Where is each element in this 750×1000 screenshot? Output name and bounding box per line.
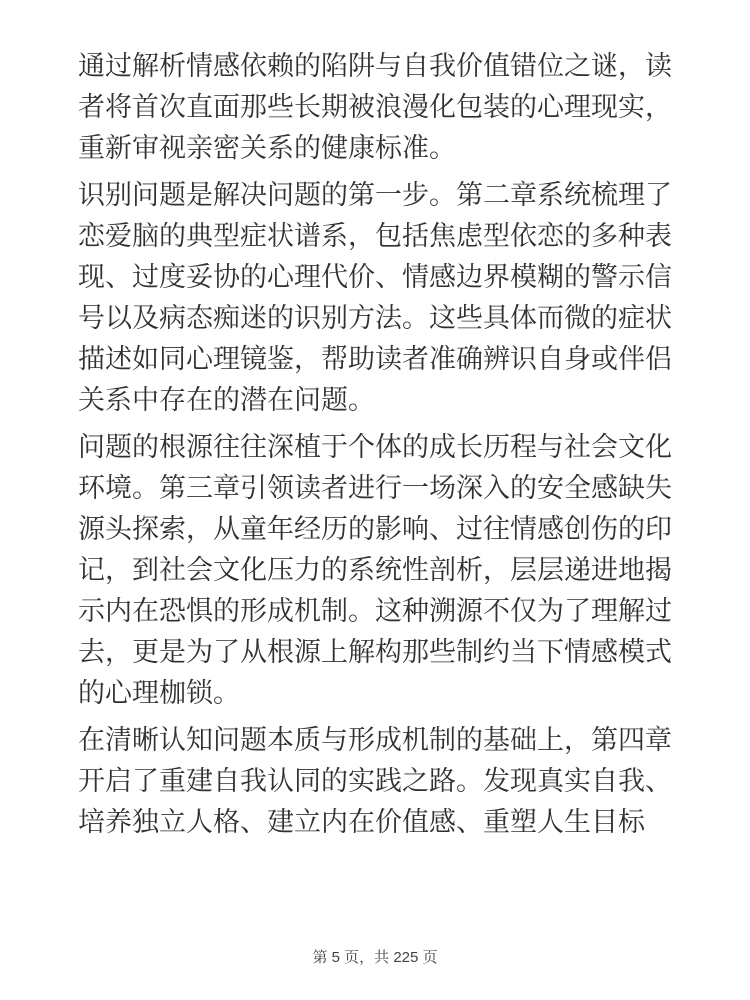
paragraph-3: 问题的根源往往深植于个体的成长历程与社会文化环境。第三章引领读者进行一场深入的安…	[78, 427, 674, 714]
paragraph-4: 在清晰认知问题本质与形成机制的基础上，第四章开启了重建自我认同的实践之路。发现真…	[78, 720, 674, 843]
paragraph-1: 通过解析情感依赖的陷阱与自我价值错位之谜，读者将首次直面那些长期被浪漫化包装的心…	[78, 46, 674, 169]
paragraph-2: 识别问题是解决问题的第一步。第二章系统梳理了恋爱脑的典型症状谱系，包括焦虑型依恋…	[78, 175, 674, 421]
document-page: 通过解析情感依赖的陷阱与自我价值错位之谜，读者将首次直面那些长期被浪漫化包装的心…	[0, 0, 750, 1000]
page-text-block: 通过解析情感依赖的陷阱与自我价值错位之谜，读者将首次直面那些长期被浪漫化包装的心…	[78, 46, 674, 849]
page-number-indicator: 第 5 页，共 225 页	[0, 948, 750, 968]
